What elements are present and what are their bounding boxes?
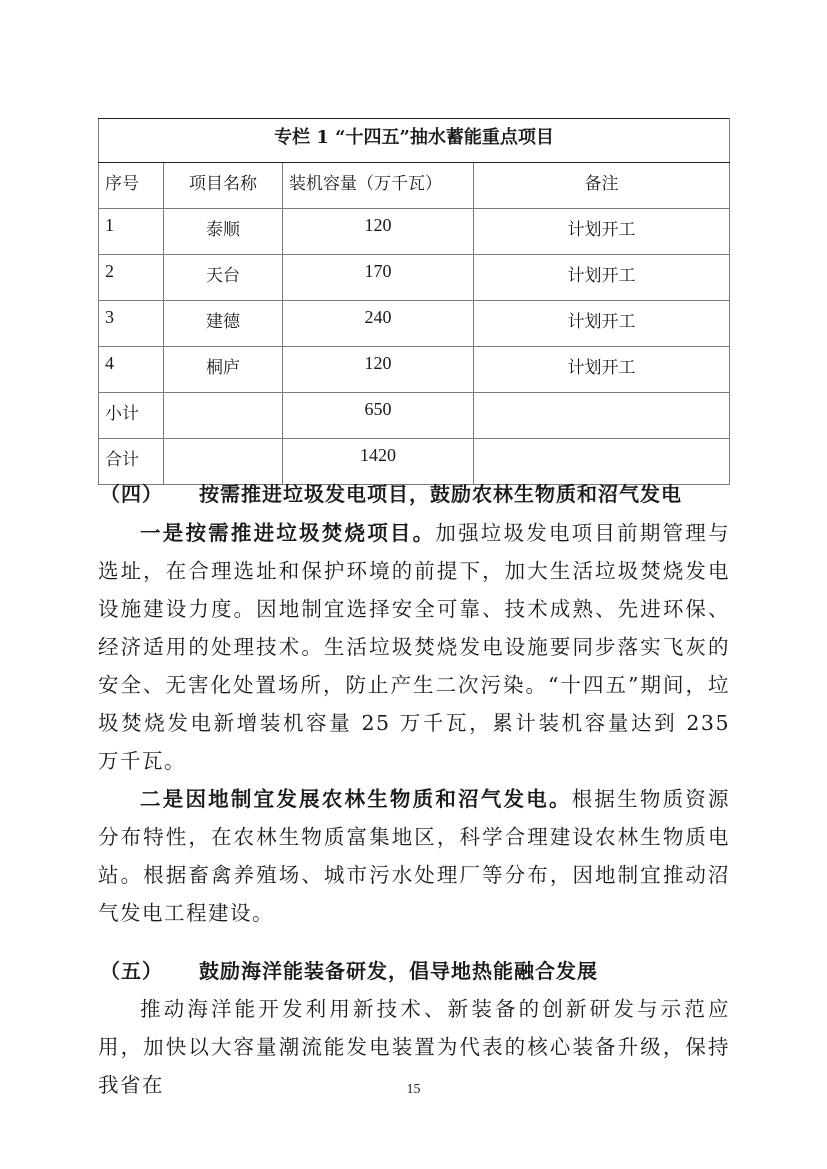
paragraph-body: 加强垃圾发电项目前期管理与选址，在合理选址和保护环境的前提下，加大生活垃圾焚烧发… <box>98 521 730 773</box>
section-4-heading: （四）按需推进垃圾发电项目，鼓励农林生物质和沼气发电 <box>100 478 682 507</box>
section-4-paragraph-2: 二是因地制宜发展农林生物质和沼气发电。根据生物质资源分布特性，在农林生物质富集地… <box>98 780 730 932</box>
table-row: 1 泰顺 120 计划开工 <box>99 209 730 255</box>
header-capacity: 装机容量（万千瓦） <box>283 163 474 209</box>
section-5-number: （五） <box>100 959 163 983</box>
table-header-row: 序号 项目名称 装机容量（万千瓦） 备注 <box>99 163 730 209</box>
header-name: 项目名称 <box>164 163 283 209</box>
row-no: 1 <box>99 209 164 255</box>
table-row: 4 桐庐 120 计划开工 <box>99 347 730 393</box>
row-no: 3 <box>99 301 164 347</box>
subtotal-row: 小计 650 <box>99 393 730 439</box>
paragraph-lead: 一是按需推进垃圾焚烧项目。 <box>140 521 435 545</box>
header-no: 序号 <box>99 163 164 209</box>
row-note: 计划开工 <box>474 347 730 393</box>
pumped-storage-table: 专栏 1 “十四五”抽水蓄能重点项目 序号 项目名称 装机容量（万千瓦） 备注 … <box>98 118 730 485</box>
section-5-heading: （五）鼓励海洋能装备研发，倡导地热能融合发展 <box>100 955 598 984</box>
subtotal-label: 小计 <box>99 393 164 439</box>
row-note: 计划开工 <box>474 301 730 347</box>
row-note: 计划开工 <box>474 209 730 255</box>
table-title: 专栏 1 “十四五”抽水蓄能重点项目 <box>99 119 730 163</box>
subtotal-capacity: 650 <box>283 393 474 439</box>
table-row: 2 天台 170 计划开工 <box>99 255 730 301</box>
document-page: 专栏 1 “十四五”抽水蓄能重点项目 序号 项目名称 装机容量（万千瓦） 备注 … <box>0 0 827 1169</box>
section-4-number: （四） <box>100 482 163 506</box>
page-number: 15 <box>0 1082 827 1098</box>
header-note: 备注 <box>474 163 730 209</box>
row-capacity: 240 <box>283 301 474 347</box>
row-name: 泰顺 <box>164 209 283 255</box>
section-4-paragraph-1: 一是按需推进垃圾焚烧项目。加强垃圾发电项目前期管理与选址，在合理选址和保护环境的… <box>98 514 730 780</box>
paragraph-lead: 二是因地制宜发展农林生物质和沼气发电。 <box>140 787 572 811</box>
row-no: 4 <box>99 347 164 393</box>
row-capacity: 170 <box>283 255 474 301</box>
table-row: 3 建德 240 计划开工 <box>99 301 730 347</box>
row-name: 桐庐 <box>164 347 283 393</box>
row-name: 天台 <box>164 255 283 301</box>
row-no: 2 <box>99 255 164 301</box>
row-capacity: 120 <box>283 209 474 255</box>
row-name: 建德 <box>164 301 283 347</box>
row-capacity: 120 <box>283 347 474 393</box>
row-note: 计划开工 <box>474 255 730 301</box>
section-4-title: 按需推进垃圾发电项目，鼓励农林生物质和沼气发电 <box>199 482 682 506</box>
section-5-title: 鼓励海洋能装备研发，倡导地热能融合发展 <box>199 959 598 983</box>
